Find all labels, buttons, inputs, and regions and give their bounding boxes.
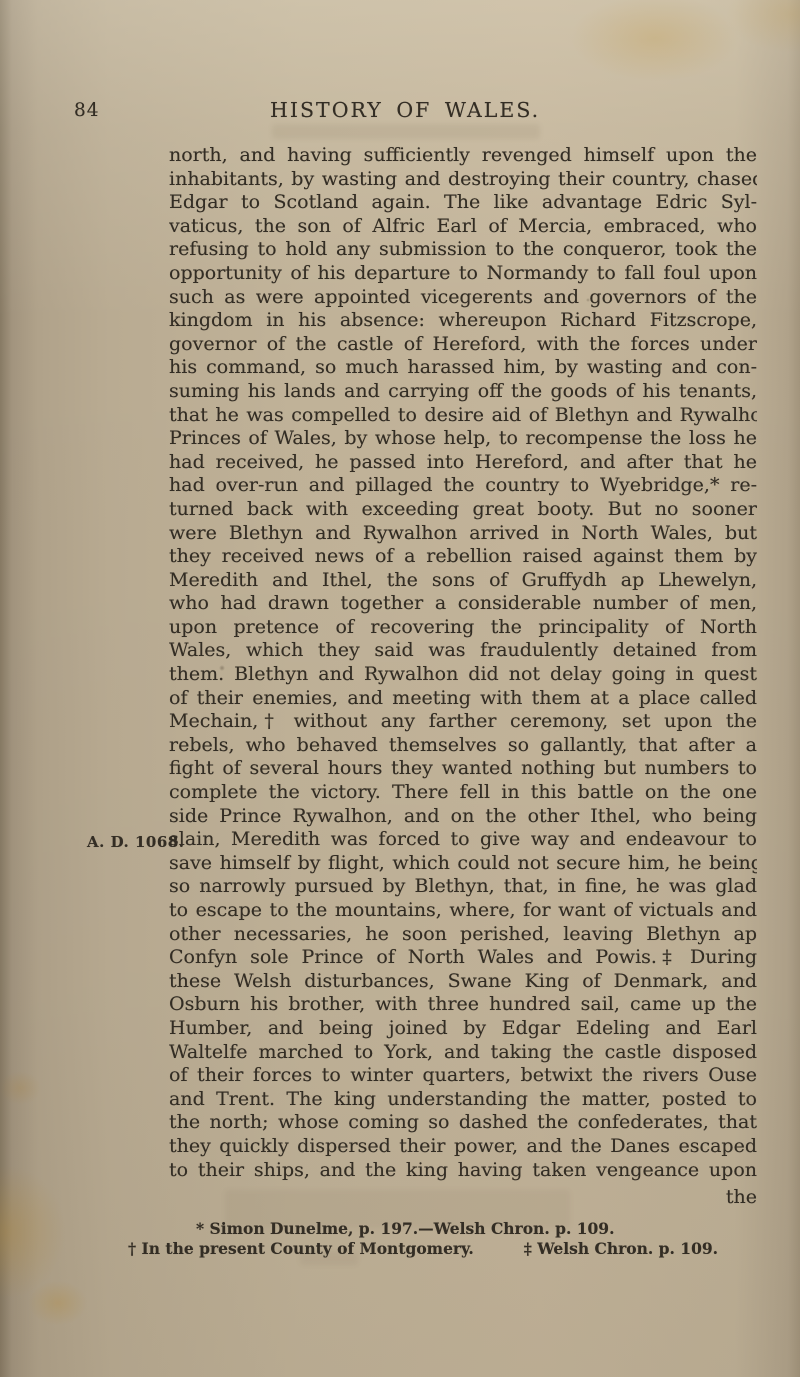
body-text-line: suming his lands and carrying off the go…: [169, 380, 757, 404]
body-text-line: turned back with exceeding great booty. …: [169, 498, 757, 522]
book-page: { "page": { "number": "84", "running_tit…: [0, 0, 800, 1377]
footnote-row: † In the present County of Montgomery. ‡…: [128, 1239, 718, 1258]
body-text-line: inhabitants, by wasting and destroying t…: [169, 168, 757, 192]
body-text-line: north, and having sufficiently revenged …: [169, 144, 757, 168]
body-text-line: complete the victory. There fell in this…: [169, 781, 757, 805]
body-text-line: Wales, which they said was fraudulently …: [169, 639, 757, 663]
body-text-line: to escape to the mountains, where, for w…: [169, 899, 757, 923]
body-text-line: of their forces to winter quarters, betw…: [169, 1064, 757, 1088]
body-text-line: so narrowly pursued by Blethyn, that, in…: [169, 875, 757, 899]
bleed-through-smudge: [272, 124, 540, 139]
body-text: north, and having sufficiently revenged …: [169, 144, 757, 1182]
body-text-line: had received, he passed into Hereford, a…: [169, 451, 757, 475]
body-text-line: to their ships, and the king having take…: [169, 1159, 757, 1183]
page-number: 84: [74, 100, 100, 121]
body-text-line: opportunity of his departure to Normandy…: [169, 262, 757, 286]
body-text-line: had over-run and pillaged the country to…: [169, 474, 757, 498]
body-text-line: upon pretence of recovering the principa…: [169, 616, 757, 640]
footnote-asterisk: * Simon Dunelme, p. 197.—Welsh Chron. p.…: [196, 1219, 615, 1238]
body-text-line: kingdom in his absence: whereupon Richar…: [169, 309, 757, 333]
body-text-line: they quickly dispersed their power, and …: [169, 1135, 757, 1159]
body-text-line: refusing to hold any submission to the c…: [169, 238, 757, 262]
footnote-dagger: † In the present County of Montgomery.: [128, 1239, 474, 1258]
body-text-line: Confyn sole Prince of North Wales and Po…: [169, 946, 757, 970]
body-text-line: them. Blethyn and Rywalhon did not delay…: [169, 663, 757, 687]
body-text-line: fight of several hours they wanted nothi…: [169, 757, 757, 781]
body-text-line: governor of the castle of Hereford, with…: [169, 333, 757, 357]
body-text-line: Waltelfe marched to York, and taking the…: [169, 1041, 757, 1065]
body-text-line: such as were appointed vicegerents and g…: [169, 286, 757, 310]
body-text-line: the north; whose coming so dashed the co…: [169, 1111, 757, 1135]
body-text-line: were Blethyn and Rywalhon arrived in Nor…: [169, 522, 757, 546]
body-text-line: Mechain,† without any farther ceremony, …: [169, 710, 757, 734]
body-text-line: other necessaries, he soon perished, lea…: [169, 923, 757, 947]
body-text-line: vaticus, the son of Alfric Earl of Merci…: [169, 215, 757, 239]
body-text-line: and Trent. The king understanding the ma…: [169, 1088, 757, 1112]
body-text-line: these Welsh disturbances, Swane King of …: [169, 970, 757, 994]
body-text-line: who had drawn together a considerable nu…: [169, 592, 757, 616]
body-text-line: slain, Meredith was forced to give way a…: [169, 828, 757, 852]
body-text-line: save himself by flight, which could not …: [169, 852, 757, 876]
body-text-line: side Prince Rywalhon, and on the other I…: [169, 805, 757, 829]
body-text-line: of their enemies, and meeting with them …: [169, 687, 757, 711]
body-text-line: that he was compelled to desire aid of B…: [169, 404, 757, 428]
footnote-double-dagger: ‡ Welsh Chron. p. 109.: [524, 1239, 718, 1258]
body-text-line: rebels, who behaved themselves so gallan…: [169, 734, 757, 758]
body-text-line: Osburn his brother, with three hundred s…: [169, 993, 757, 1017]
body-text-line: his command, so much harassed him, by wa…: [169, 356, 757, 380]
body-text-line: Meredith and Ithel, the sons of Gruffydh…: [169, 569, 757, 593]
body-text-line: they received news of a rebellion raised…: [169, 545, 757, 569]
body-text-line: Edgar to Scotland again. The like advant…: [169, 191, 757, 215]
catchword: the: [169, 1186, 757, 1208]
body-text-line: Princes of Wales, by whose help, to reco…: [169, 427, 757, 451]
body-text-line: Humber, and being joined by Edgar Edelin…: [169, 1017, 757, 1041]
running-title: HISTORY OF WALES.: [270, 98, 540, 122]
